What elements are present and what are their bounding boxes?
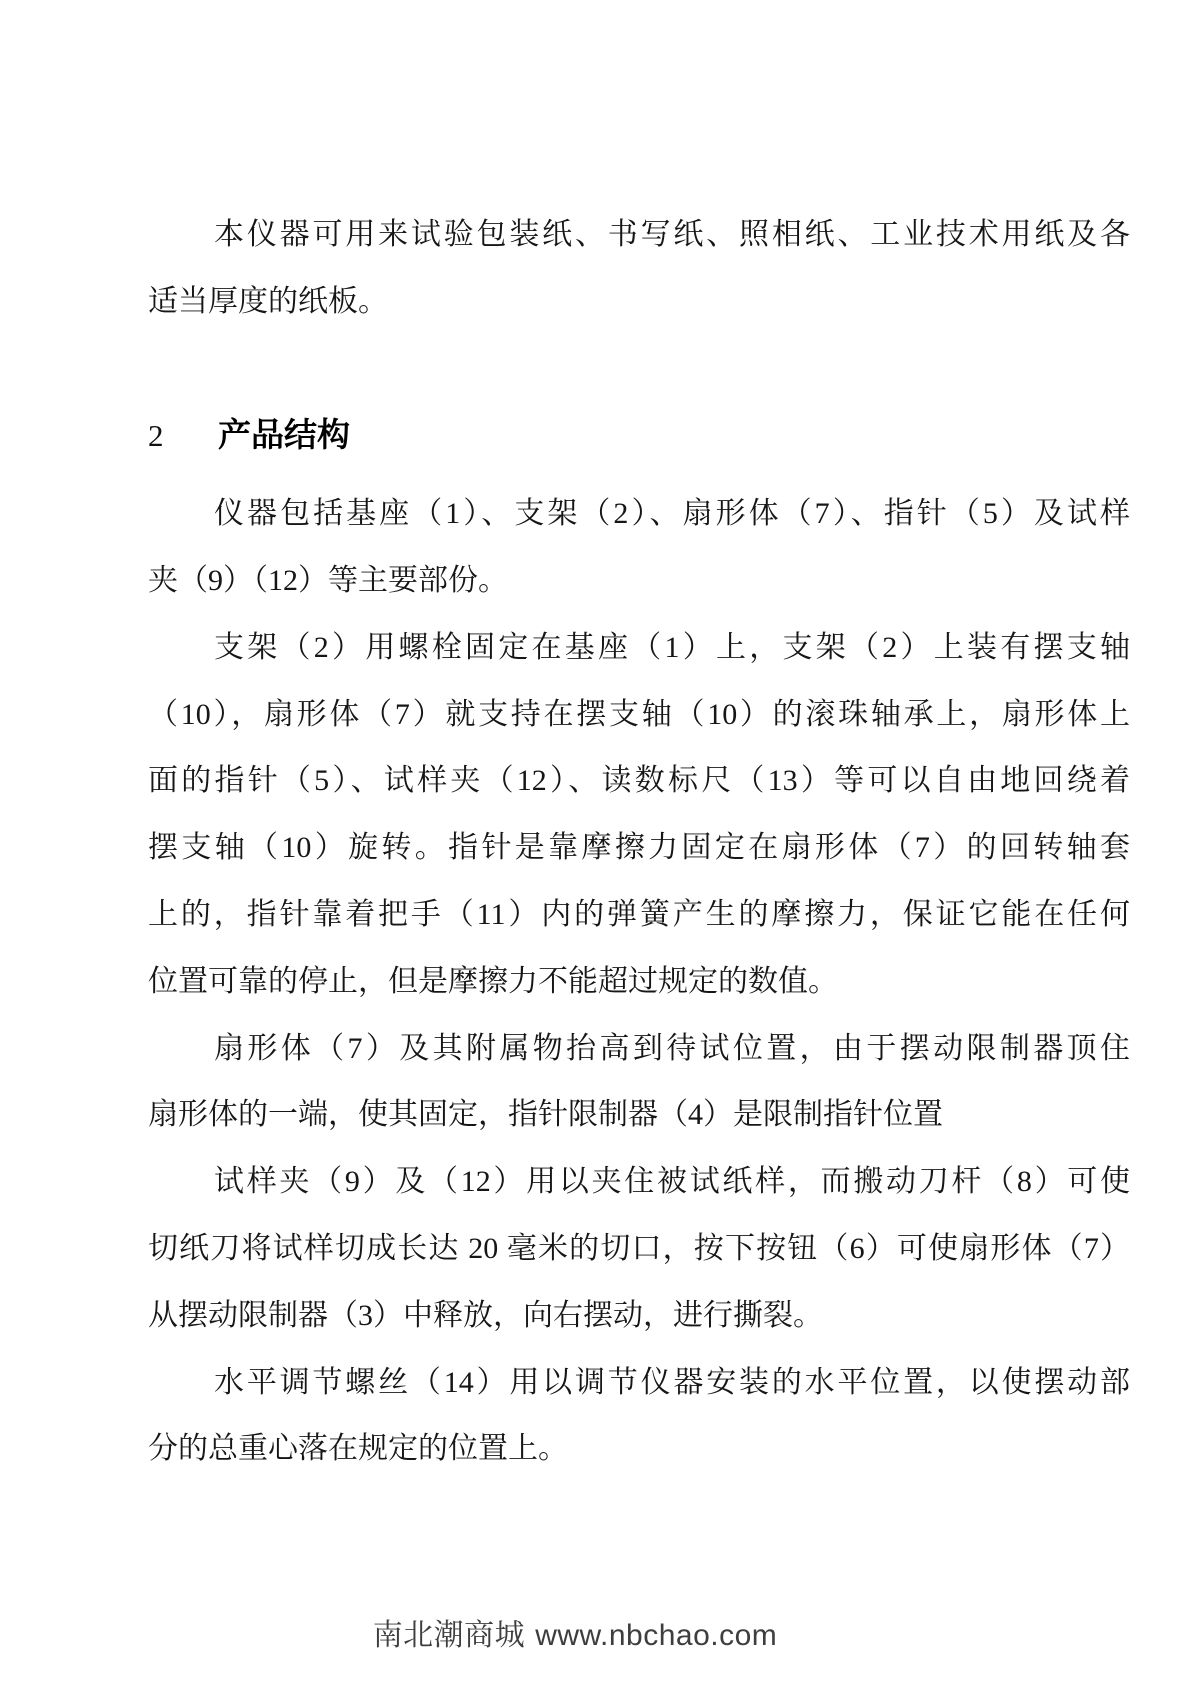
footer-url: www.nbchao.com [535,1619,777,1652]
section-title: 产品结构 [218,416,350,453]
text-line: 水平调节螺丝（14）用以调节仪器安装的水平位置，以使摆动部 [148,1350,1130,1417]
document-body: 本仪器可用来试验包装纸、书写纸、照相纸、工业技术用纸及各 适当厚度的纸板。 2产… [148,202,1130,1483]
text-line: 分的总重心落在规定的位置上。 [148,1416,1130,1483]
intro-paragraph: 本仪器可用来试验包装纸、书写纸、照相纸、工业技术用纸及各 适当厚度的纸板。 [148,202,1130,336]
footer-site-name: 南北潮商城 [373,1619,526,1652]
paragraph-bracket-and-pointer: 支架（2）用螺栓固定在基座（1）上，支架（2）上装有摆支轴 （10），扇形体（7… [148,615,1130,1016]
text-line: 支架（2）用螺栓固定在基座（1）上，支架（2）上装有摆支轴 [148,615,1130,682]
section-number: 2 [148,403,218,470]
text-line: 位置可靠的停止，但是摩擦力不能超过规定的数值。 [148,949,1130,1016]
text-line: 夹（9）（12）等主要部份。 [148,548,1130,615]
text-line: 试样夹（9）及（12）用以夹住被试纸样，而搬动刀杆（8）可使 [148,1149,1130,1216]
text-line: 扇形体（7）及其附属物抬高到待试位置，由于摆动限制器顶住 [148,1016,1130,1083]
text-line: 面的指针（5）、试样夹（12）、读数标尺（13）等可以自由地回绕着 [148,748,1130,815]
text-line: 仪器包括基座（1）、支架（2）、扇形体（7）、指针（5）及试样 [148,481,1130,548]
text-line: （10），扇形体（7）就支持在摆支轴（10）的滚珠轴承上，扇形体上 [148,682,1130,749]
text-line: 摆支轴（10）旋转。指针是靠摩擦力固定在扇形体（7）的回转轴套 [148,815,1130,882]
text-line: 上的，指针靠着把手（11）内的弹簧产生的摩擦力，保证它能在任何 [148,882,1130,949]
text-line: 从摆动限制器（3）中释放，向右摆动，进行撕裂。 [148,1283,1130,1350]
page-footer: 南北潮商城www.nbchao.com [0,1610,1200,1654]
text-line: 适当厚度的纸板。 [148,269,1130,336]
section-heading: 2产品结构 [148,402,1130,471]
paragraph-sample-clamps: 试样夹（9）及（12）用以夹住被试纸样，而搬动刀杆（8）可使 切纸刀将试样切成长… [148,1149,1130,1349]
paragraph-level-screws: 水平调节螺丝（14）用以调节仪器安装的水平位置，以使摆动部 分的总重心落在规定的… [148,1350,1130,1484]
text-line: 切纸刀将试样切成长达 20 毫米的切口，按下按钮（6）可使扇形体（7） [148,1216,1130,1283]
document-page: 本仪器可用来试验包装纸、书写纸、照相纸、工业技术用纸及各 适当厚度的纸板。 2产… [0,0,1200,1702]
paragraph-sector-limiter: 扇形体（7）及其附属物抬高到待试位置，由于摆动限制器顶住 扇形体的一端，使其固定… [148,1016,1130,1150]
paragraph-structure-overview: 仪器包括基座（1）、支架（2）、扇形体（7）、指针（5）及试样 夹（9）（12）… [148,481,1130,615]
text-line: 本仪器可用来试验包装纸、书写纸、照相纸、工业技术用纸及各 [148,202,1130,269]
text-line: 扇形体的一端，使其固定，指针限制器（4）是限制指针位置 [148,1082,1130,1149]
blank-line [148,336,1130,403]
